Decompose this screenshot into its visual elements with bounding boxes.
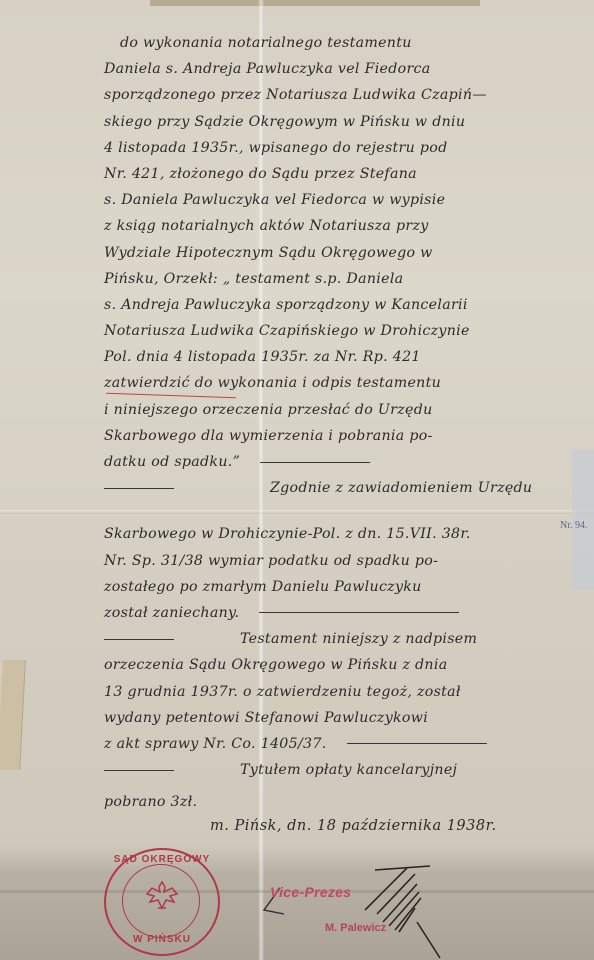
filler-line: [259, 612, 459, 613]
court-seal: SĄD OKRĘGOWY W PIŃSKU: [104, 848, 220, 956]
body-line: Skarbowego dla wymierzenia i pobrania po…: [104, 423, 574, 449]
body-line: 4 listopada 1935r., wpisanego do rejestr…: [104, 135, 574, 161]
place-and-date: m. Pińsk, dn. 18 października 1938r.: [210, 818, 497, 834]
body-line-closing: datku od spadku.”: [104, 449, 574, 475]
paragraph-line: został zaniechany.: [104, 600, 574, 626]
paragraph-line: Zgodnie z zawiadomieniem Urzędu: [104, 475, 574, 501]
handwritten-body: do wykonania notarialnego testamentu Dan…: [104, 30, 574, 815]
seal-bottom-text: W PIŃSKU: [106, 934, 218, 945]
body-line: s. Daniela Pawluczyka vel Fiedorca w wyp…: [104, 187, 574, 213]
body-line: Nr. 421, złożonego do Sądu przez Stefana: [104, 161, 574, 187]
paragraph-line: Tytułem opłaty kancelaryjnej: [104, 757, 574, 783]
body-line: i niniejszego orzeczenia przesłać do Urz…: [104, 397, 574, 423]
body-line: Notariusza Ludwika Czapińskiego w Drohic…: [104, 318, 574, 344]
stamp-title: Vice-Prezes: [270, 884, 351, 900]
paragraph-line: pobrano 3zł.: [104, 789, 574, 815]
paragraph-line: orzeczenia Sądu Okręgowego w Pińsku z dn…: [104, 652, 574, 678]
filler-line: [347, 743, 487, 744]
body-line: zatwierdzić do wykonania i odpis testame…: [104, 370, 574, 396]
body-line: do wykonania notarialnego testamentu: [104, 30, 574, 56]
body-line: sporządzonego przez Notariusza Ludwika C…: [104, 82, 574, 108]
paragraph-line: Testament niniejszy z nadpisem: [104, 626, 574, 652]
tape-strip: [150, 0, 480, 6]
paragraph-line: z akt sprawy Nr. Co. 1405/37.: [104, 731, 574, 757]
eagle-emblem-icon: [144, 878, 180, 920]
paragraph-line: Skarbowego w Drohiczynie-Pol. z dn. 15.V…: [104, 521, 574, 547]
body-line: skiego przy Sądzie Okręgowym w Pińsku w …: [104, 109, 574, 135]
body-line: Daniela s. Andreja Pawluczyka vel Fiedor…: [104, 56, 574, 82]
body-line: Wydziale Hipotecznym Sądu Okręgowego w: [104, 240, 574, 266]
filler-dash: [104, 770, 174, 771]
body-line: Pol. dnia 4 listopada 1935r. za Nr. Rp. …: [104, 344, 574, 370]
paragraph-line: Nr. Sp. 31/38 wymiar podatku od spadku p…: [104, 548, 574, 574]
handwritten-signature: [355, 862, 445, 960]
body-line: z ksiąg notarialnych aktów Notariusza pr…: [104, 213, 574, 239]
paragraph-line: wydany petentowi Stefanowi Pawluczykowi: [104, 705, 574, 731]
paragraph-line: zostałego po zmarłym Danielu Pawluczyku: [104, 574, 574, 600]
filler-line: [260, 462, 370, 463]
filler-dash: [104, 639, 174, 640]
body-line: Pińsku, Orzekł: „ testament s.p. Daniela: [104, 266, 574, 292]
filler-dash: [104, 488, 174, 489]
body-line: s. Andreja Pawluczyka sporządzony w Kanc…: [104, 292, 574, 318]
paragraph-line: 13 grudnia 1937r. o zatwierdzeniu tegoż,…: [104, 679, 574, 705]
